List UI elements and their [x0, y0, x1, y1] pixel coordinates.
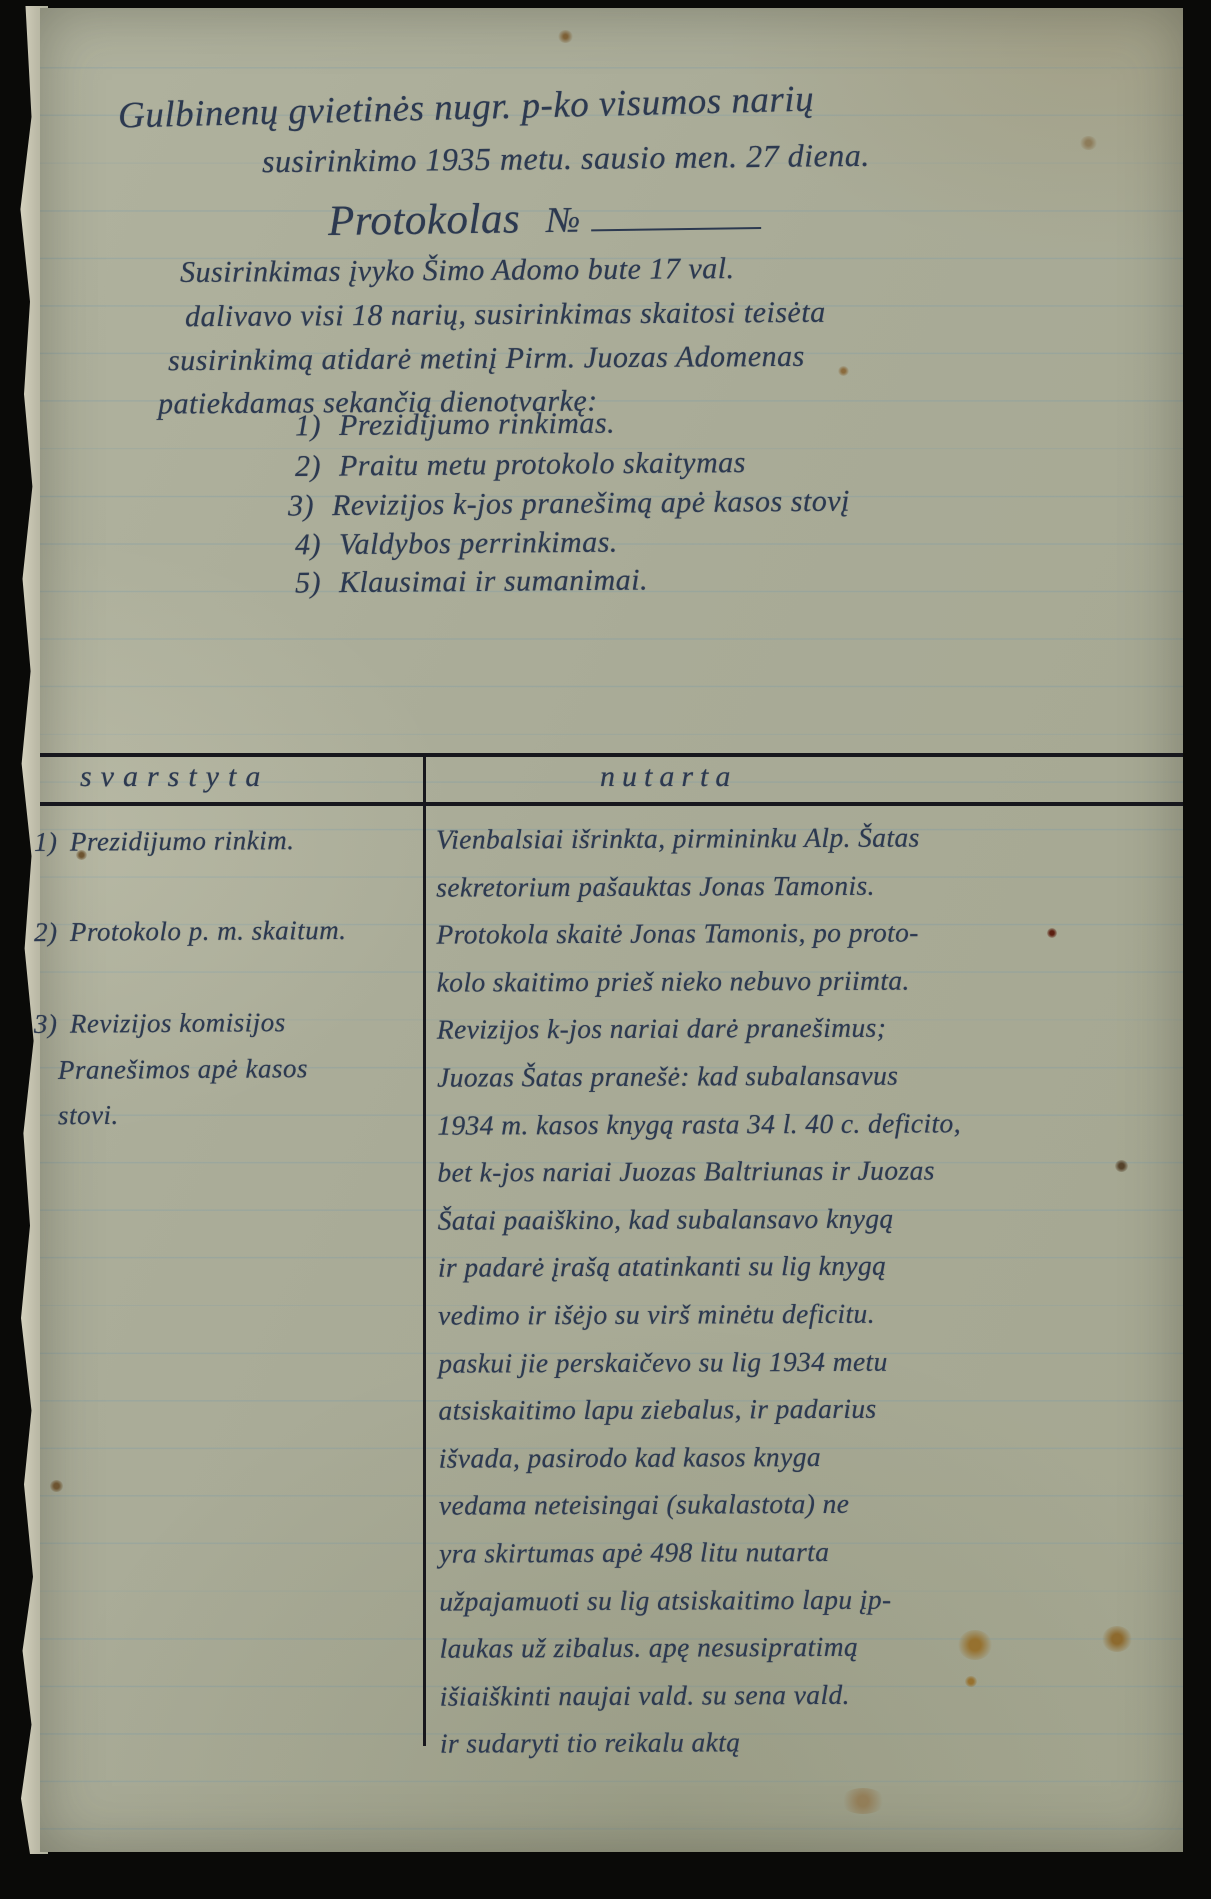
agenda-item-text: Prezidijumo rinkimas. — [339, 407, 615, 442]
title-line-2: susirinkimo 1935 metu. sausio men. 27 di… — [262, 137, 870, 180]
agenda-item: 5)Klausimai ir sumanimai. — [295, 563, 648, 600]
minutes-text-line: išiaiškinti naujai vald. su sena vald. — [440, 1669, 1185, 1720]
left-item-text: Prezidijumo rinkim. — [70, 825, 295, 857]
agenda-item-number: 3) — [288, 489, 332, 523]
minutes-text-line: bet k-jos nariai Juozas Baltriunas ir Ju… — [437, 1146, 1182, 1197]
agenda-item-number: 2) — [295, 450, 339, 484]
agenda-item-text: Praitu metu protokolo skaitymas — [339, 446, 746, 483]
column-header-nutarta: nutarta — [600, 760, 737, 794]
agenda-item: 3)Revizijos k-jos pranešimą apė kasos st… — [288, 485, 850, 524]
agenda-item-text: Valdybos perrinkimas. — [339, 526, 618, 561]
agenda-item-number: 4) — [295, 528, 339, 562]
table-left-item: 1)Prezidijumo rinkim. — [34, 825, 295, 858]
intro-line: Susirinkimas įvyko Šimo Adomo bute 17 va… — [180, 252, 735, 290]
table-left-item-continuation: Pranešimos apė kasos — [58, 1053, 308, 1086]
minutes-text-line: paskui jie perskaičevo su lig 1934 metu — [438, 1336, 1183, 1387]
intro-line: susirinkimą atidarė metinį Pirm. Juozas … — [168, 340, 805, 378]
minutes-text-line: Juozas Šatas pranešė: kad subalansavus — [437, 1050, 1182, 1101]
minutes-text-line: laukas už zibalus. apę nesusipratimą — [439, 1621, 1184, 1672]
paper-stain — [50, 1480, 63, 1492]
minutes-text-line: Šatai paaiškino, kad subalansavo knygą — [438, 1193, 1183, 1244]
left-item-text: Revizijos komisijos — [70, 1007, 286, 1039]
document-page: Gulbinenų gvietinės nugr. p-ko visumos n… — [40, 8, 1183, 1852]
protocol-heading: Protokolas№ — [328, 191, 761, 246]
table-left-item-continuation: stovi. — [58, 1100, 119, 1131]
agenda-item: 2)Praitu metu protokolo skaitymas — [295, 446, 746, 484]
protocol-number-blank — [591, 223, 761, 231]
minutes-text-line: 1934 m. kasos knygą rasta 34 l. 40 c. de… — [437, 1098, 1182, 1149]
number-sign: № — [546, 199, 581, 239]
minutes-text-line: sekretorium pašauktas Jonas Tamonis. — [436, 860, 1181, 911]
minutes-text-line: vedimo ir išėjo su virš minėtu deficitu. — [438, 1288, 1183, 1339]
left-item-number: 2) — [34, 917, 70, 948]
minutes-text-line: Vienbalsiai išrinkta, pirmininku Alp. Ša… — [436, 812, 1181, 863]
column-header-svarstyta: svarstyta — [80, 760, 269, 794]
agenda-item: 4)Valdybos perrinkimas. — [295, 526, 618, 563]
minutes-text-line: išvada, pasirodo kad kasos knyga — [439, 1431, 1184, 1482]
agenda-item-number: 1) — [295, 409, 339, 443]
agenda-item-number: 5) — [295, 566, 339, 600]
minutes-text-line: kolo skaitimo prieš nieko nebuvo priimta… — [437, 955, 1182, 1006]
paper-stain — [838, 366, 849, 376]
left-item-number: 3) — [34, 1009, 70, 1040]
title-line-1: Gulbinenų gvietinės nugr. p-ko visumos n… — [118, 78, 815, 138]
left-item-number: 1) — [34, 827, 70, 858]
table-top-rule — [40, 753, 1183, 757]
minutes-text-line: yra skirtumas apė 498 litu nutarta — [439, 1526, 1184, 1577]
minutes-text-line: užpajamuoti su lig atsiskaitimo lapu įp- — [439, 1574, 1184, 1625]
minutes-text-line: vedama neteisingai (sukalastota) ne — [439, 1479, 1184, 1530]
minutes-text-line: Protokola skaitė Jonas Tamonis, po proto… — [436, 908, 1181, 959]
protocol-heading-label: Protokolas — [328, 195, 521, 245]
minutes-text-line: ir padarė įrašą atatinkanti su lig knygą — [438, 1241, 1183, 1292]
agenda-item: 1)Prezidijumo rinkimas. — [295, 407, 615, 444]
table-header-rule — [40, 802, 1183, 806]
table-left-item: 3)Revizijos komisijos — [34, 1007, 286, 1040]
table-right-column: Vienbalsiai išrinkta, pirmininku Alp. Ša… — [436, 812, 1185, 1767]
left-item-text: Protokolo p. m. skaitum. — [70, 915, 347, 947]
paper-stain — [558, 30, 573, 43]
minutes-text-line: Revizijos k-jos nariai darė pranešimus; — [437, 1003, 1182, 1054]
intro-line: dalivavo visi 18 narių, susirinkimas ska… — [185, 296, 826, 334]
agenda-item-text: Revizijos k-jos pranešimą apė kasos stov… — [332, 485, 850, 523]
minutes-text-line: ir sudaryti tio reikalu aktą — [440, 1717, 1185, 1768]
minutes-text-line: atsiskaitimo lapu ziebalus, ir padarius — [438, 1383, 1183, 1434]
agenda-item-text: Klausimai ir sumanimai. — [339, 563, 648, 599]
table-column-divider — [423, 753, 426, 1746]
paper-stain — [840, 1788, 886, 1814]
scanned-document: Gulbinenų gvietinės nugr. p-ko visumos n… — [0, 0, 1211, 1899]
paper-stain — [1080, 136, 1097, 150]
table-left-item: 2)Protokolo p. m. skaitum. — [34, 915, 347, 948]
